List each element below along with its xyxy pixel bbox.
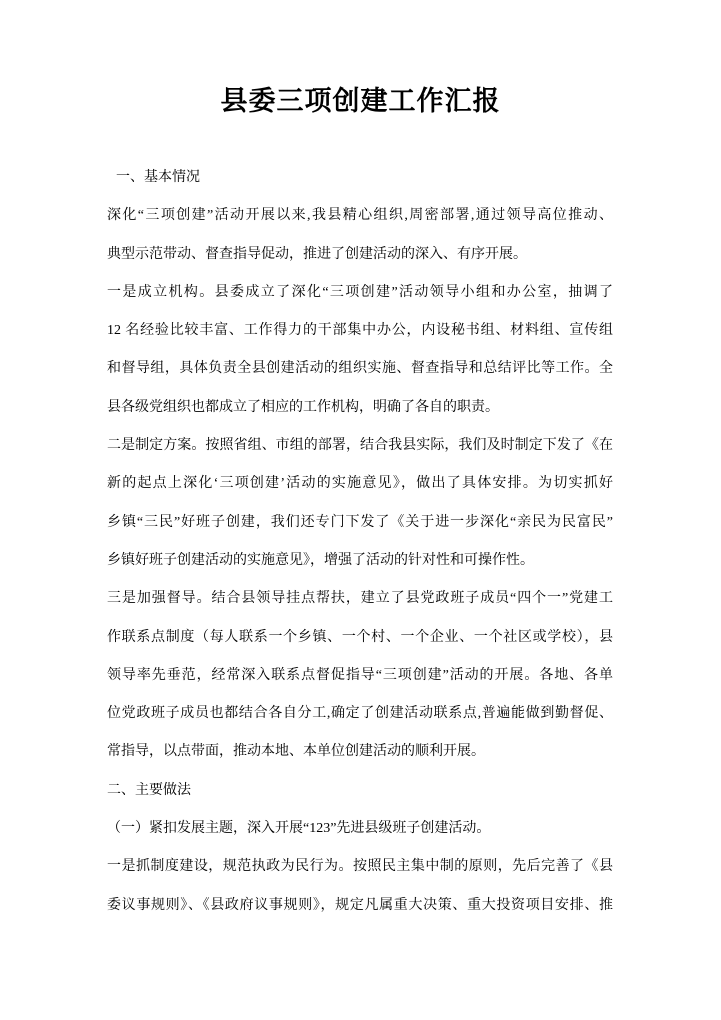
text-line: 二是制定方案。按照省组、市组的部署，结合我县实际，我们及时制定下发了《在 <box>107 427 613 465</box>
text-line: 常指导，以点带面，推动本地、本单位创建活动的顺利开展。 <box>107 733 613 771</box>
text-line: 一是成立机构。县委成立了深化“三项创建”活动领导小组和办公室，抽调了 <box>107 274 613 312</box>
document-title: 县委三项创建工作汇报 <box>0 82 721 120</box>
text-line: 和督导组，具体负责全县创建活动的组织实施、督查指导和总结评比等工作。全 <box>107 350 613 388</box>
section-heading: 二、主要做法 <box>107 772 613 810</box>
text-line: 位党政班子成员也都结合各自分工,确定了创建活动联系点,普遍能做到勤督促、 <box>107 695 613 733</box>
text-line: 新的起点上深化‘三项创建’活动的实施意见》，做出了具体安排。为切实抓好 <box>107 465 613 503</box>
text-line: 县各级党组织也都成立了相应的工作机构，明确了各自的职责。 <box>107 389 613 427</box>
text-line: 乡镇好班子创建活动的实施意见》，增强了活动的针对性和可操作性。 <box>107 542 613 580</box>
document-page: 县委三项创建工作汇报 一、基本情况深化“三项创建”活动开展以来,我县精心组织,周… <box>0 0 721 1020</box>
section-heading: 一、基本情况 <box>107 159 613 197</box>
text-line: 领导率先垂范，经常深入联系点督促指导“三项创建”活动的开展。各地、各单 <box>107 657 613 695</box>
text-line: 深化“三项创建”活动开展以来,我县精心组织,周密部署,通过领导高位推动、 <box>107 197 613 235</box>
text-line: 作联系点制度（每人联系一个乡镇、一个村、一个企业、一个社区或学校），县 <box>107 619 613 657</box>
document-body: 一、基本情况深化“三项创建”活动开展以来,我县精心组织,周密部署,通过领导高位推… <box>107 159 613 925</box>
text-line: 三是加强督导。结合县领导挂点帮扶，建立了县党政班子成员“四个一”党建工 <box>107 580 613 618</box>
text-line: 委议事规则》、《县政府议事规则》，规定凡属重大决策、重大投资项目安排、推 <box>107 887 613 925</box>
text-line: 12 名经验比较丰富、工作得力的干部集中办公，内设秘书组、材料组、宣传组 <box>107 312 613 350</box>
text-line: 典型示范带动、督查指导促动，推进了创建活动的深入、有序开展。 <box>107 236 613 274</box>
text-line: （一）紧扣发展主题，深入开展“123”先进县级班子创建活动。 <box>107 810 613 848</box>
text-line: 乡镇“三民”好班子创建，我们还专门下发了《关于进一步深化“亲民为民富民” <box>107 504 613 542</box>
text-line: 一是抓制度建设，规范执政为民行为。按照民主集中制的原则，先后完善了《县 <box>107 848 613 886</box>
